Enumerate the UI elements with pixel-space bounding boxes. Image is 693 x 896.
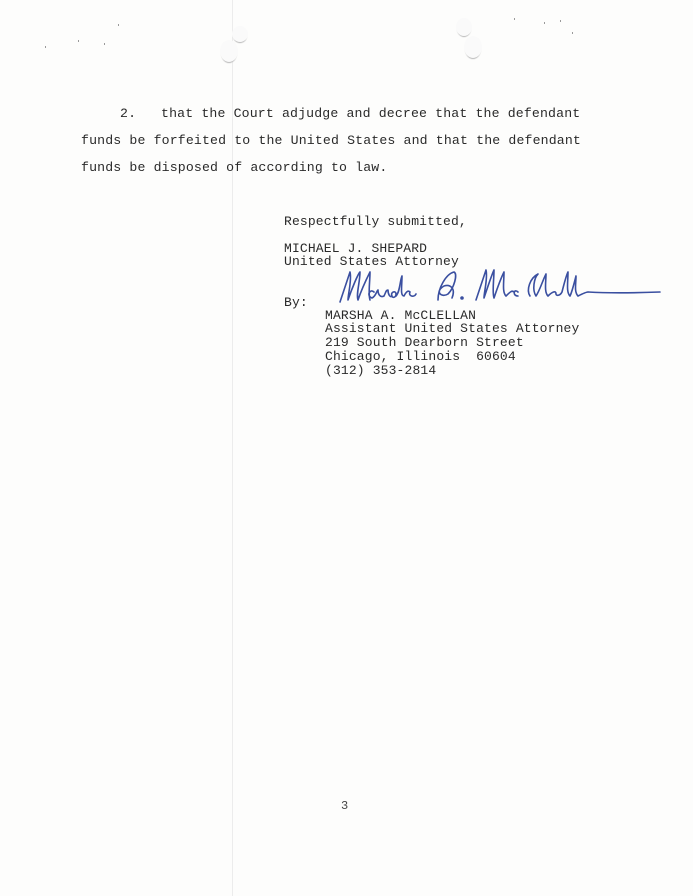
attorney-address-line2: Chicago, Illinois 60604 xyxy=(325,350,516,364)
document-page: 2. that the Court adjudge and decree tha… xyxy=(0,0,693,896)
handwritten-signature xyxy=(334,262,664,310)
scan-speck xyxy=(560,20,561,22)
scan-speck xyxy=(78,40,79,42)
body-line-1: that the Court adjudge and decree that t… xyxy=(161,107,580,121)
paragraph-number: 2. xyxy=(120,107,136,121)
by-label: By: xyxy=(284,296,308,310)
hole-punch-left-upper xyxy=(232,26,248,42)
page-number: 3 xyxy=(341,799,348,813)
scan-speck xyxy=(514,18,515,20)
scan-speck xyxy=(104,43,105,45)
body-line-3: funds be disposed of according to law. xyxy=(81,161,387,175)
hole-punch-left-lower xyxy=(220,40,238,62)
attorney-title: Assistant United States Attorney xyxy=(325,322,579,336)
body-line-2: funds be forfeited to the United States … xyxy=(81,134,581,148)
scan-speck xyxy=(572,32,573,34)
attorney-address-line1: 219 South Dearborn Street xyxy=(325,336,524,350)
scan-speck xyxy=(544,22,545,24)
scan-speck xyxy=(45,46,46,48)
attorney-phone: (312) 353-2814 xyxy=(325,364,436,378)
hole-punch-right-lower xyxy=(464,36,482,58)
closing-text: Respectfully submitted, xyxy=(284,215,467,229)
hole-punch-right-upper xyxy=(456,18,472,36)
scan-speck xyxy=(118,24,119,26)
